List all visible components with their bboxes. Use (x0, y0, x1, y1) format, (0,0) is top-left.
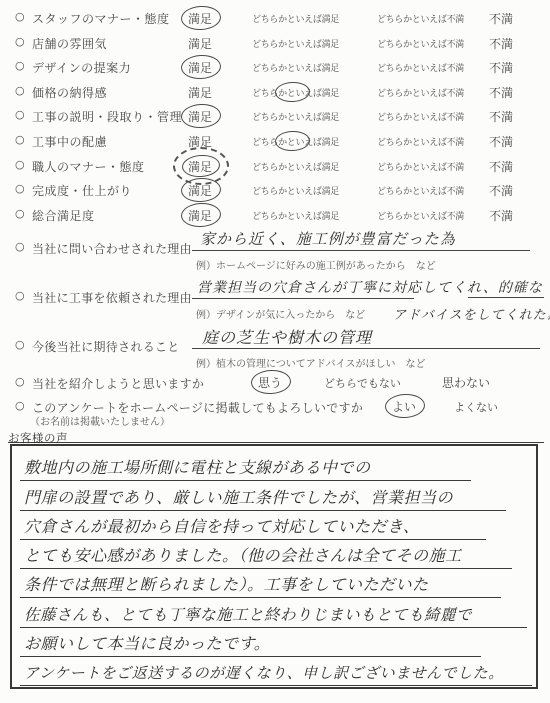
circle-bullet-icon: ○ (15, 399, 25, 412)
rating-option-satisfied: 満足 (188, 207, 212, 224)
answer-underline (192, 348, 540, 349)
voice-line: とても安心感がありました。（他の会社さんは全てその施工 (18, 540, 530, 569)
rating-option-satisfied: 満足 (188, 108, 212, 125)
voice-title: お客様の声 (8, 431, 68, 445)
circle-bullet-icon: ○ (15, 375, 25, 388)
rating-option-dissatisfied: 不満 (489, 207, 513, 224)
rating-option-dissatisfied: 不満 (489, 158, 513, 175)
handwritten-answer-inquiry-reason: 家から近く、施工例が豊富だった為 (200, 228, 456, 249)
rating-row: ○ 価格の納得感 満足 どちらかといえば満足 どちらかといえば不満 不満 (0, 82, 550, 104)
rating-row: ○ 職人のマナー・態度 満足 どちらかといえば満足 どちらかといえば不満 不満 (0, 156, 550, 178)
rating-option-somewhat-satisfied: どちらかといえば満足 (252, 12, 339, 25)
rating-option-dissatisfied: 不満 (489, 84, 513, 101)
rating-row: ○ 工事中の配慮 満足 どちらかといえば満足 どちらかといえば不満 不満 (0, 131, 550, 153)
rating-option-somewhat-dissatisfied: どちらかといえば不満 (377, 135, 464, 148)
rating-label: デザインの提案力 (32, 59, 131, 76)
rating-option-dissatisfied: 不満 (489, 35, 513, 52)
choice-row: ○ 当社を紹介しようと思いますか 思う どちらでもない 思わない (0, 374, 550, 394)
rating-option-somewhat-dissatisfied: どちらかといえば不満 (377, 37, 464, 50)
rating-label: 価格の納得感 (32, 84, 107, 101)
voice-section-header: お客様の声 (8, 427, 544, 443)
rating-row: ○ デザインの提案力 満足 どちらかといえば満足 どちらかといえば不満 不満 (0, 57, 550, 79)
voice-line: 敷地内の施工場所側に電柱と支線がある中での (18, 452, 530, 481)
rating-row: ○ 工事の説明・段取り・管理 満足 どちらかといえば満足 どちらかといえば不満 … (0, 106, 550, 128)
choice-option-not-ok: よくない (454, 399, 498, 415)
circle-bullet-icon: ○ (15, 35, 25, 48)
voice-line-text: お願いして本当に良かったです。 (24, 631, 270, 654)
rating-option-satisfied: 満足 (188, 158, 212, 175)
answer-underline (192, 250, 530, 251)
rating-option-somewhat-satisfied: どちらかといえば満足 (252, 209, 339, 222)
circle-bullet-icon: ○ (15, 84, 25, 97)
circle-bullet-icon: ○ (15, 133, 25, 146)
example-hint: 例）デザインが気に入ったから など (196, 306, 365, 321)
circle-bullet-icon: ○ (15, 182, 25, 195)
choice-option-ok: よい (392, 398, 416, 415)
voice-line-text: 門扉の設置であり、厳しい施工条件でしたが、営業担当の (24, 485, 453, 508)
choice-option-yes: 思う (258, 374, 282, 391)
question-label-order-reason: 当社に工事を依頼された理由 (32, 289, 192, 306)
rating-label: 職人のマナー・態度 (32, 158, 145, 175)
question-label-future-expectations: 今後当社に期待されること (32, 338, 180, 355)
voice-line: 佐藤さんも、とても丁寧な施工と終わりじまいもとても綺麗で (18, 598, 530, 627)
rating-option-dissatisfied: 不満 (489, 10, 513, 27)
voice-line-text: 敷地内の施工場所側に電柱と支線がある中での (24, 455, 371, 478)
rating-option-satisfied: 満足 (188, 59, 212, 76)
example-hint: 例）ホームページに好みの施工例があったから など (196, 257, 436, 272)
rating-option-somewhat-dissatisfied: どちらかといえば不満 (377, 160, 464, 173)
voice-line-text: 穴倉さんが最初から自信を持って対応していただき、 (24, 514, 419, 537)
voice-line: 穴倉さんが最初から自信を持って対応していただき、 (18, 511, 530, 540)
rating-label: 店舗の雰囲気 (32, 35, 107, 52)
rating-option-somewhat-satisfied: どちらかといえば満足 (252, 37, 339, 50)
rating-row: ○ 総合満足度 満足 どちらかといえば満足 どちらかといえば不満 不満 (0, 205, 550, 227)
voice-line: アンケートをご返送するのが遅くなり、申し訳ございませんでした。 (18, 657, 530, 686)
voice-line-text: とても安心感がありました。（他の会社さんは全てその施工 (24, 543, 462, 566)
handwritten-answer-order-reason-line2: アドバイスをしてくれた為 (393, 304, 550, 323)
circle-bullet-icon: ○ (15, 207, 25, 220)
voice-line-text: 佐藤さんも、とても丁寧な施工と終わりじまいもとても綺麗で (24, 603, 472, 625)
survey-scan-page: ○ スタッフのマナー・態度 満足 どちらかといえば満足 どちらかといえば不満 不… (0, 0, 550, 703)
rating-option-somewhat-satisfied: どちらかといえば満足 (252, 61, 339, 74)
rating-option-somewhat-dissatisfied: どちらかといえば不満 (377, 86, 464, 99)
rating-option-dissatisfied: 不満 (489, 59, 513, 76)
circle-bullet-icon: ○ (15, 158, 25, 171)
rating-option-somewhat-dissatisfied: どちらかといえば不満 (377, 110, 464, 123)
circle-bullet-icon: ○ (15, 59, 25, 72)
rating-option-satisfied: 満足 (188, 182, 212, 199)
rating-option-somewhat-satisfied: どちらかといえば満足 (252, 184, 339, 197)
rating-option-satisfied: 満足 (188, 84, 212, 101)
rating-label: スタッフのマナー・態度 (32, 10, 170, 27)
rating-option-satisfied: 満足 (188, 10, 212, 27)
rating-label: 完成度・仕上がり (32, 182, 132, 199)
rating-option-somewhat-satisfied: どちらかといえば満足 (252, 86, 339, 99)
voice-line-text: 条件では無理と断られました）。工事をしていただいた (24, 572, 429, 595)
rating-option-somewhat-dissatisfied: どちらかといえば不満 (377, 12, 464, 25)
question-label-inquiry-reason: 当社に問い合わせされた理由 (32, 240, 192, 257)
rating-option-somewhat-dissatisfied: どちらかといえば不満 (377, 184, 464, 197)
circle-bullet-icon: ○ (15, 108, 25, 121)
answer-underline (468, 297, 544, 298)
anonymity-note: （お名前は掲載いたしません） (30, 413, 170, 428)
circle-bullet-icon: ○ (15, 289, 25, 302)
rating-option-dissatisfied: 不満 (489, 182, 513, 199)
voice-line: 条件では無理と断られました）。工事をしていただいた (18, 569, 530, 598)
rating-option-somewhat-dissatisfied: どちらかといえば不満 (377, 209, 464, 222)
choice-option-neutral: どちらでもない (324, 375, 401, 391)
circle-bullet-icon: ○ (15, 338, 25, 351)
voice-line: 門扉の設置であり、厳しい施工条件でしたが、営業担当の (18, 481, 530, 510)
answer-underline (192, 298, 414, 299)
rating-row: ○ スタッフのマナー・態度 満足 どちらかといえば満足 どちらかといえば不満 不… (0, 8, 550, 30)
rating-option-satisfied: 満足 (188, 35, 212, 52)
rating-option-dissatisfied: 不満 (489, 108, 513, 125)
handwritten-answer-future-expectations: 庭の芝生や樹木の管理 (202, 325, 372, 348)
example-hint: 例）植木の管理についてアドバイスがほしい など (196, 355, 426, 370)
rating-label: 工事中の配慮 (32, 133, 107, 150)
rating-option-dissatisfied: 不満 (489, 133, 513, 150)
voice-comment-box: 敷地内の施工場所側に電柱と支線がある中での 門扉の設置であり、厳しい施工条件でし… (10, 444, 538, 689)
voice-line: お願いして本当に良かったです。 (18, 628, 530, 657)
handwritten-answer-order-reason: 営業担当の穴倉さんが丁寧に対応してくれ、的確な (197, 277, 543, 297)
rating-option-somewhat-satisfied: どちらかといえば満足 (252, 160, 339, 173)
rating-label: 工事の説明・段取り・管理 (32, 108, 182, 125)
voice-line-text: アンケートをご返送するのが遅くなり、申し訳ございませんでした。 (24, 662, 504, 683)
rating-option-somewhat-satisfied: どちらかといえば満足 (252, 110, 339, 123)
rating-option-somewhat-satisfied: どちらかといえば満足 (252, 135, 339, 148)
choice-option-no: 思わない (442, 374, 490, 391)
question-label-recommend: 当社を紹介しようと思いますか (32, 375, 204, 392)
rating-label: 総合満足度 (32, 207, 95, 224)
circle-bullet-icon: ○ (15, 10, 25, 23)
rating-row: ○ 完成度・仕上がり 満足 どちらかといえば満足 どちらかといえば不満 不満 (0, 180, 550, 202)
rating-row: ○ 店舗の雰囲気 満足 どちらかといえば満足 どちらかといえば不満 不満 (0, 33, 550, 55)
rating-option-somewhat-dissatisfied: どちらかといえば不満 (377, 61, 464, 74)
circle-bullet-icon: ○ (15, 240, 25, 253)
